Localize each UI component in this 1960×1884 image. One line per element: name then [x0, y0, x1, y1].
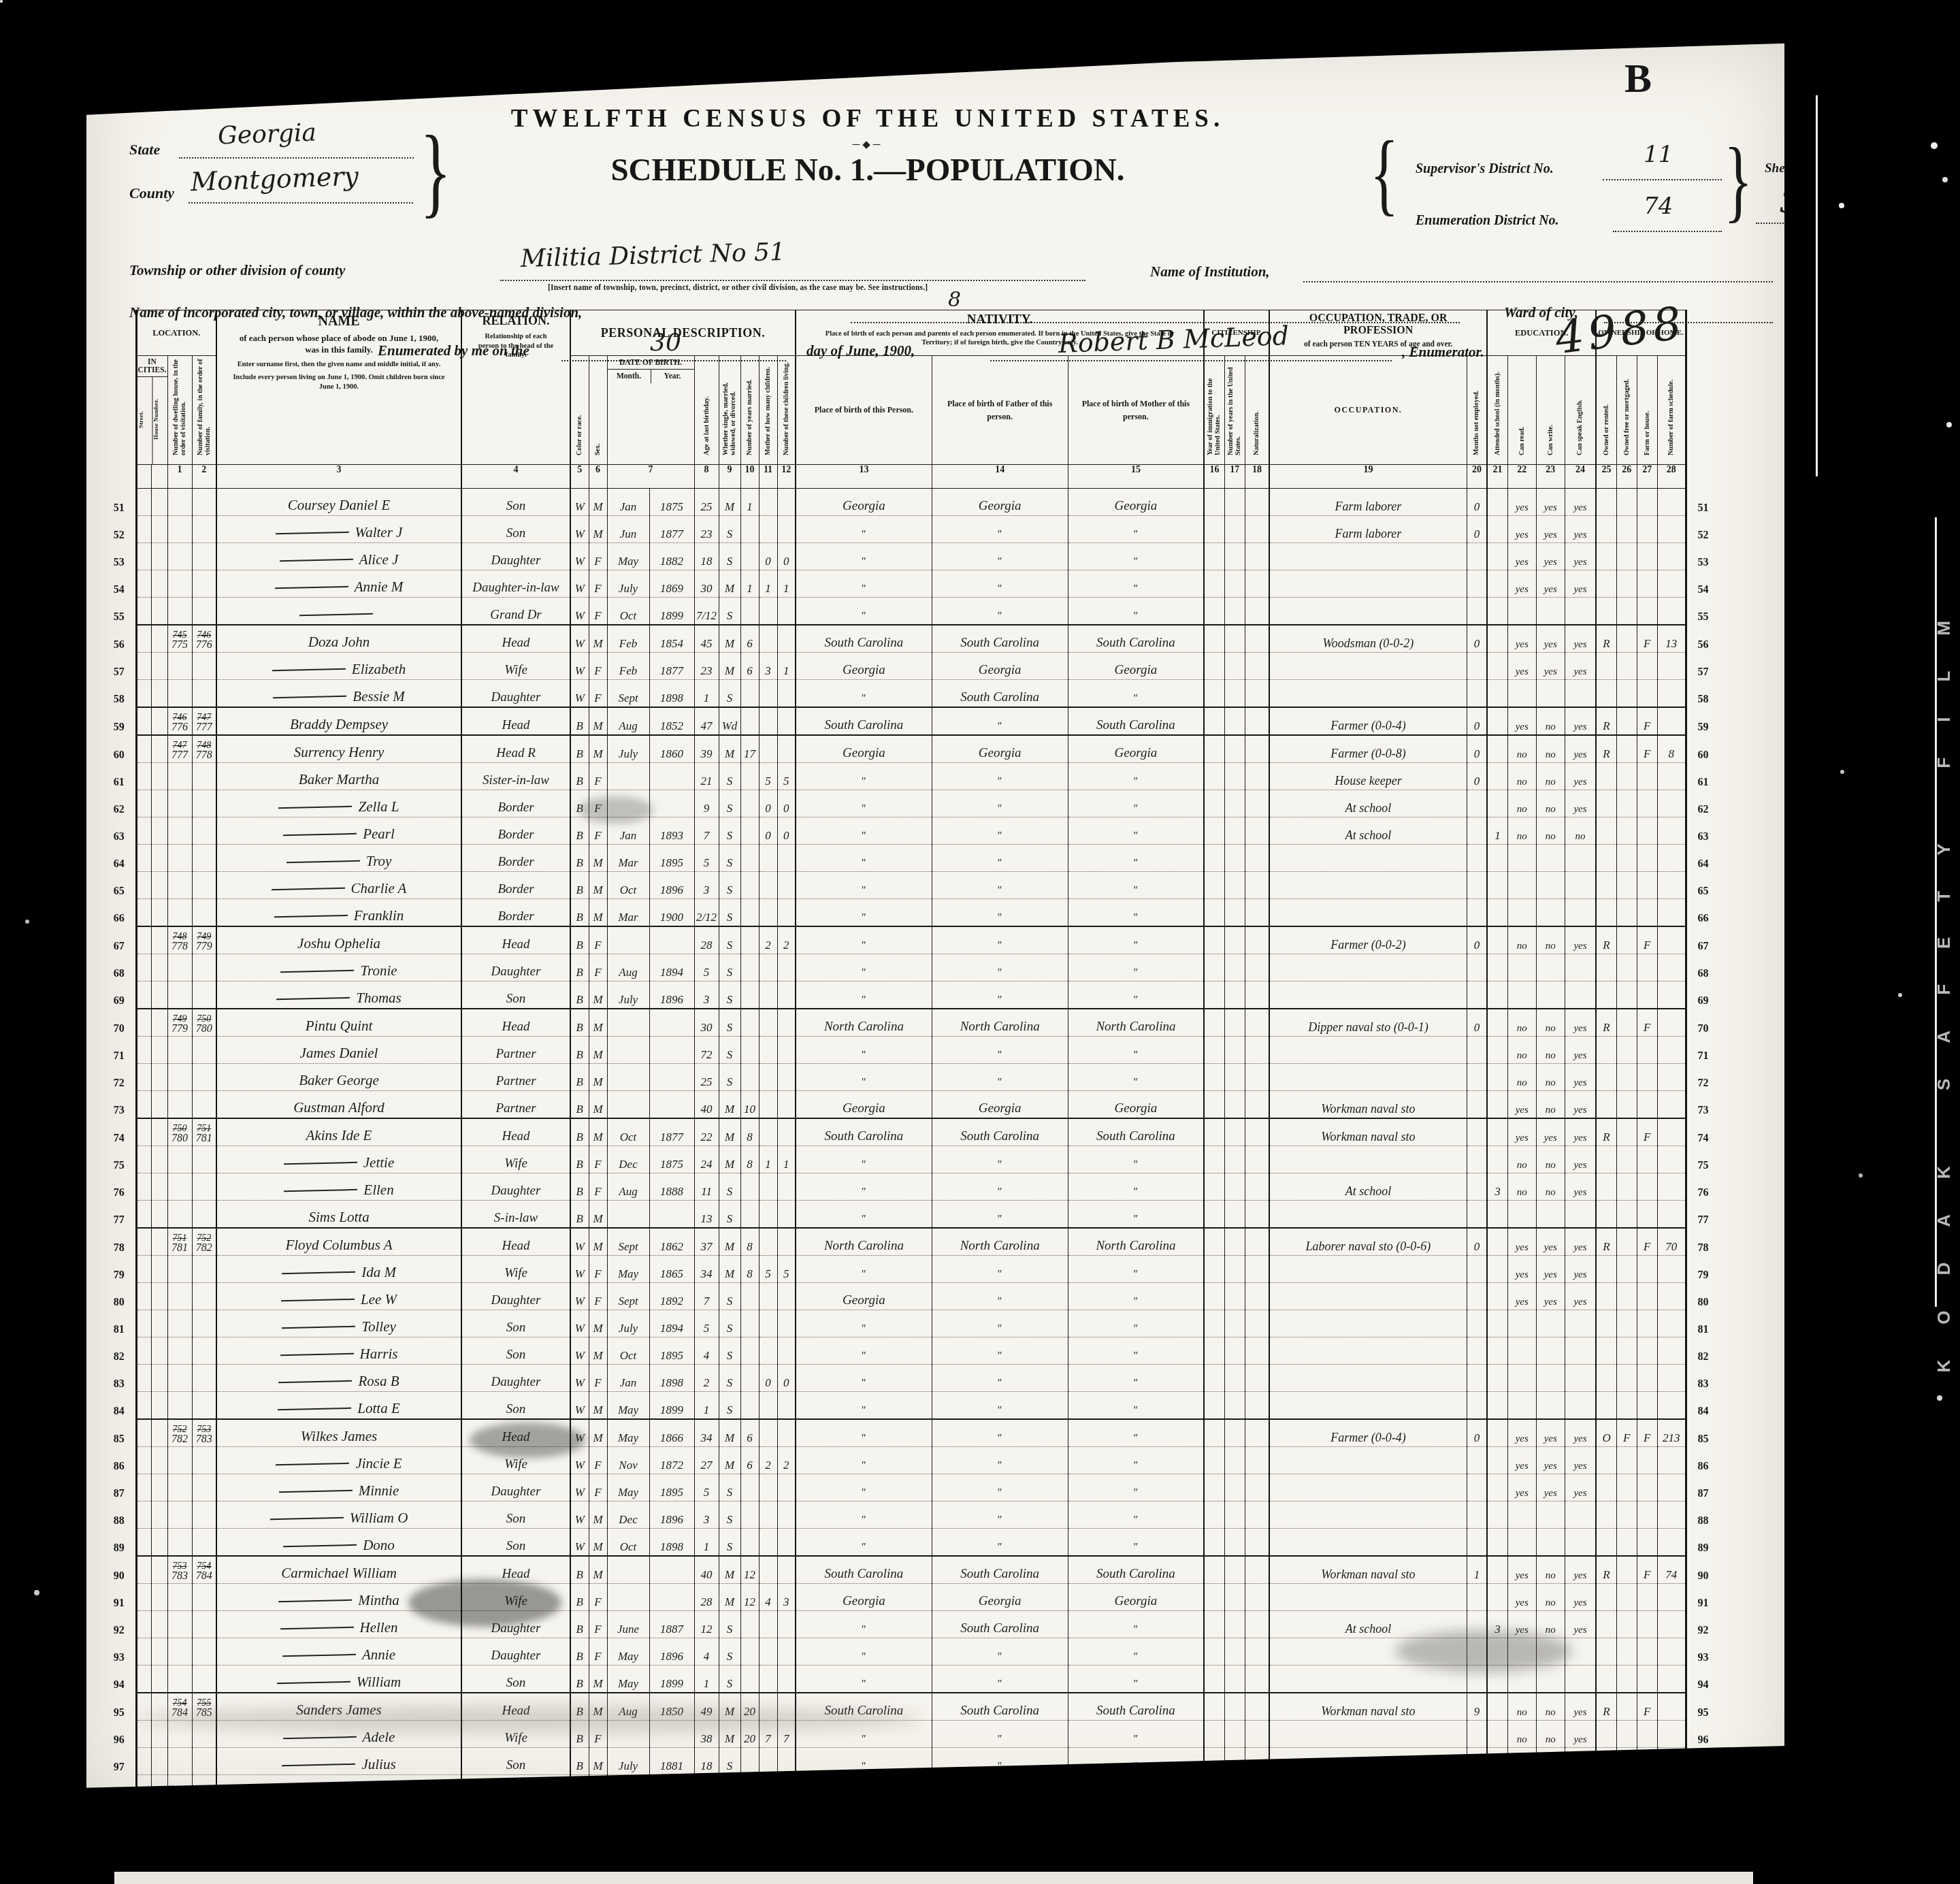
owned-free-mortgaged	[1616, 516, 1637, 543]
immigration-year	[1204, 845, 1224, 872]
color: B	[570, 817, 589, 845]
line-number: 78	[109, 1228, 136, 1256]
birthplace: ″	[796, 1419, 932, 1447]
enumeration-line	[1613, 231, 1722, 232]
line-number-right: 60	[1686, 735, 1713, 763]
can-read: no	[1507, 1064, 1536, 1091]
ink-smudge	[470, 1423, 585, 1458]
naturalization	[1245, 763, 1269, 790]
father-birthplace: ″	[932, 1037, 1068, 1064]
age: 21	[694, 763, 719, 790]
family-number	[192, 1474, 216, 1501]
farm-schedule	[1657, 1283, 1686, 1310]
mother-of-children: 5	[759, 1256, 777, 1283]
months-not-employed	[1467, 1091, 1487, 1119]
farm-schedule	[1657, 763, 1686, 790]
owned-free-mortgaged	[1616, 1556, 1637, 1584]
table-row: 66FranklinBorderBMMar19002/12S″″″66	[109, 899, 1713, 927]
sex: F	[589, 1638, 607, 1666]
table-row: 52Walter JSonWMJun187723S″″″Farm laborer…	[109, 516, 1713, 543]
street	[136, 570, 151, 598]
farm-house	[1637, 1310, 1657, 1337]
birthplace: South Carolina	[796, 1556, 932, 1584]
occupation	[1269, 954, 1467, 981]
family-number	[192, 981, 216, 1009]
father-birthplace: ″	[932, 707, 1068, 735]
street	[136, 1118, 151, 1146]
age: 3	[694, 1501, 719, 1529]
col-years-in-us: Number of years in the United States.	[1224, 356, 1245, 465]
can-write: yes	[1536, 1447, 1565, 1474]
birth-year: 1899	[649, 598, 694, 626]
can-write: no	[1536, 790, 1565, 817]
children-living	[777, 1419, 796, 1447]
years-in-us	[1224, 1638, 1245, 1666]
can-write	[1536, 1365, 1565, 1392]
street	[136, 1529, 151, 1557]
relation: Wife	[461, 653, 570, 680]
months-not-employed	[1467, 1118, 1487, 1146]
can-speak-english: yes	[1565, 1447, 1596, 1474]
relation: Daughter-in-law	[461, 570, 570, 598]
relation: Son	[461, 1392, 570, 1420]
months-not-employed	[1467, 1146, 1487, 1173]
owned-free-mortgaged	[1616, 707, 1637, 735]
mother-birthplace: ″	[1068, 516, 1204, 543]
relation: Grand Dr	[461, 598, 570, 626]
mother-of-children	[759, 1009, 777, 1037]
mother-birthplace: ″	[1068, 1529, 1204, 1557]
relation: Son	[461, 1529, 570, 1557]
name: Sims Lotta	[216, 1201, 461, 1229]
occupation	[1269, 1283, 1467, 1310]
farm-house	[1637, 543, 1657, 570]
house-number	[151, 1201, 167, 1229]
owned-free-mortgaged	[1616, 1173, 1637, 1201]
family-number: 749779	[192, 926, 216, 954]
name: Jincie E	[216, 1447, 461, 1474]
birthplace: ″	[796, 1611, 932, 1638]
film-edge-text: KODAK SAFETY FILM	[1933, 585, 1955, 1373]
sex: F	[589, 1365, 607, 1392]
township-note: [Insert name of township, town, precinct…	[548, 284, 928, 292]
family-number	[192, 1256, 216, 1283]
owned-free-mortgaged	[1616, 1118, 1637, 1146]
can-speak-english: yes	[1565, 1611, 1596, 1638]
farm-house	[1637, 1037, 1657, 1064]
house-number	[151, 1584, 167, 1611]
institution-label: Name of Institution,	[1150, 263, 1270, 280]
owned-free-mortgaged	[1616, 1447, 1637, 1474]
column-number: 27	[1637, 465, 1657, 489]
color: B	[570, 1666, 589, 1693]
mother-of-children	[759, 872, 777, 899]
owned-free-mortgaged	[1616, 1091, 1637, 1119]
immigration-year	[1204, 790, 1224, 817]
occupation	[1269, 1256, 1467, 1283]
state-label: State	[129, 141, 160, 159]
owned-free-mortgaged	[1616, 1611, 1637, 1638]
close-brace: }	[1724, 135, 1752, 228]
col-can-write: Can write.	[1536, 356, 1565, 465]
street	[136, 1584, 151, 1611]
mother-birthplace: Georgia	[1068, 1584, 1204, 1611]
column-number: 11	[759, 465, 777, 489]
children-living: 2	[777, 926, 796, 954]
dwelling-number	[167, 570, 192, 598]
sex: F	[589, 570, 607, 598]
line-number: 81	[109, 1310, 136, 1337]
census-scan: TWELFTH CENSUS OF THE UNITED STATES. ─◆─…	[0, 0, 1960, 1884]
marital-status: M	[719, 1118, 740, 1146]
years-married	[740, 598, 759, 626]
relation: Head	[461, 1118, 570, 1146]
mother-birthplace: ″	[1068, 1256, 1204, 1283]
years-married: 8	[740, 1256, 759, 1283]
col-father-birthplace: Place of birth of Father of this person.	[932, 356, 1068, 465]
school-months: 1	[1487, 817, 1507, 845]
age: 24	[694, 1146, 719, 1173]
birthplace: ″	[796, 1256, 932, 1283]
color: W	[570, 1256, 589, 1283]
birthplace: Georgia	[796, 1091, 932, 1119]
years-married	[740, 954, 759, 981]
line-number: 55	[109, 598, 136, 626]
sex: F	[589, 1256, 607, 1283]
dwelling-number: 750780	[167, 1118, 192, 1146]
school-months	[1487, 1419, 1507, 1447]
years-in-us	[1224, 543, 1245, 570]
mother-of-children	[759, 1638, 777, 1666]
line-number-right: 78	[1686, 1228, 1713, 1256]
can-read	[1507, 1501, 1536, 1529]
farm-house	[1637, 872, 1657, 899]
years-in-us	[1224, 1666, 1245, 1693]
birth-month: Jun	[607, 516, 649, 543]
dwelling-number	[167, 1529, 192, 1557]
group-ownership: OWNERSHIP OF HOME.	[1596, 310, 1686, 356]
school-months	[1487, 1064, 1507, 1091]
owned-rented	[1596, 899, 1616, 927]
farm-schedule	[1657, 680, 1686, 708]
years-married: 8	[740, 1118, 759, 1146]
birthplace: ″	[796, 954, 932, 981]
marital-status: S	[719, 1392, 740, 1420]
naturalization	[1245, 625, 1269, 653]
dwelling-number	[167, 1501, 192, 1529]
children-living	[777, 598, 796, 626]
dwelling-number	[167, 543, 192, 570]
street	[136, 1228, 151, 1256]
naturalization	[1245, 543, 1269, 570]
sex: M	[589, 1556, 607, 1584]
school-months	[1487, 1283, 1507, 1310]
years-married: 12	[740, 1584, 759, 1611]
name: Bessie M	[216, 680, 461, 708]
birth-month: Sept	[607, 1228, 649, 1256]
birthplace: Georgia	[796, 653, 932, 680]
farm-schedule	[1657, 1638, 1686, 1666]
father-birthplace: ″	[932, 1337, 1068, 1365]
relation: Partner	[461, 1091, 570, 1119]
birthplace: ″	[796, 1501, 932, 1529]
mother-birthplace: ″	[1068, 981, 1204, 1009]
years-in-us	[1224, 899, 1245, 927]
father-birthplace: Georgia	[932, 1091, 1068, 1119]
owned-free-mortgaged	[1616, 489, 1637, 516]
street	[136, 1173, 151, 1201]
school-months	[1487, 1584, 1507, 1611]
years-in-us	[1224, 570, 1245, 598]
dwelling-number	[167, 680, 192, 708]
name: Elizabeth	[216, 653, 461, 680]
birthplace: ″	[796, 1666, 932, 1693]
naturalization	[1245, 1447, 1269, 1474]
family-number	[192, 570, 216, 598]
birth-month: Oct	[607, 872, 649, 899]
birth-month: May	[607, 1419, 649, 1447]
occupation	[1269, 1201, 1467, 1229]
naturalization	[1245, 926, 1269, 954]
house-number	[151, 981, 167, 1009]
mother-birthplace: ″	[1068, 899, 1204, 927]
occupation: Workman naval sto	[1269, 1118, 1467, 1146]
column-number: 2	[192, 465, 216, 489]
relation: Daughter	[461, 1474, 570, 1501]
can-write	[1536, 1501, 1565, 1529]
birth-year: 1898	[649, 1365, 694, 1392]
children-living: 0	[777, 817, 796, 845]
owned-free-mortgaged	[1616, 1392, 1637, 1420]
birthplace: ″	[796, 845, 932, 872]
years-in-us	[1224, 1009, 1245, 1037]
mother-of-children	[759, 1501, 777, 1529]
owned-rented	[1596, 1611, 1616, 1638]
col-can-speak-english: Can speak English.	[1565, 356, 1596, 465]
house-number	[151, 899, 167, 927]
line-number-right: 58	[1686, 680, 1713, 708]
column-number: 13	[796, 465, 932, 489]
birth-month: Aug	[607, 707, 649, 735]
years-married	[740, 1474, 759, 1501]
occupation: Dipper naval sto (0-0-1)	[1269, 1009, 1467, 1037]
owned-free-mortgaged	[1616, 680, 1637, 708]
occupation	[1269, 1474, 1467, 1501]
family-number	[192, 680, 216, 708]
table-row: 61Baker MarthaSister-in-lawBF21S55″″″Hou…	[109, 763, 1713, 790]
birth-year: 1899	[649, 1666, 694, 1693]
naturalization	[1245, 1037, 1269, 1064]
naturalization	[1245, 735, 1269, 763]
farm-schedule	[1657, 1666, 1686, 1693]
farm-house	[1637, 790, 1657, 817]
can-read: yes	[1507, 1283, 1536, 1310]
table-row: 86Jincie EWifeWFNov187227M622″″″yesyesye…	[109, 1447, 1713, 1474]
col-mother-of: Mother of how many children.	[759, 356, 777, 465]
marital-status: M	[719, 1091, 740, 1119]
age: 39	[694, 735, 719, 763]
house-number	[151, 598, 167, 626]
mother-of-children: 1	[759, 1146, 777, 1173]
street	[136, 1392, 151, 1420]
naturalization	[1245, 1611, 1269, 1638]
children-living	[777, 735, 796, 763]
col-farm-house: Farm or house.	[1637, 356, 1657, 465]
months-not-employed	[1467, 653, 1487, 680]
group-location: LOCATION.	[136, 310, 216, 356]
name: Rosa B	[216, 1365, 461, 1392]
mother-of-children	[759, 845, 777, 872]
immigration-year	[1204, 1337, 1224, 1365]
years-married: 17	[740, 735, 759, 763]
birth-year: 1860	[649, 735, 694, 763]
line-number: 61	[109, 763, 136, 790]
naturalization	[1245, 598, 1269, 626]
line-number-right: 87	[1686, 1474, 1713, 1501]
table-row: 83Rosa BDaughterWFJan18982S00″″″83	[109, 1365, 1713, 1392]
birth-year	[649, 790, 694, 817]
owned-free-mortgaged	[1616, 598, 1637, 626]
months-not-employed: 0	[1467, 516, 1487, 543]
father-birthplace: ″	[932, 1146, 1068, 1173]
farm-house	[1637, 817, 1657, 845]
birth-year	[649, 1556, 694, 1584]
occupation	[1269, 899, 1467, 927]
can-write: yes	[1536, 516, 1565, 543]
house-number	[151, 1118, 167, 1146]
marital-status: M	[719, 1584, 740, 1611]
years-married: 6	[740, 625, 759, 653]
naturalization	[1245, 1584, 1269, 1611]
immigration-year	[1204, 954, 1224, 981]
age: 7	[694, 1283, 719, 1310]
relation: Daughter	[461, 1173, 570, 1201]
immigration-year	[1204, 1556, 1224, 1584]
col-farm-schedule: Number of farm schedule.	[1657, 356, 1686, 465]
house-number	[151, 625, 167, 653]
birth-year: 1852	[649, 707, 694, 735]
age: 18	[694, 543, 719, 570]
dwelling-number	[167, 1173, 192, 1201]
farm-house	[1637, 1666, 1657, 1693]
can-write: yes	[1536, 543, 1565, 570]
line-number: 90	[109, 1556, 136, 1584]
mother-birthplace: ″	[1068, 1201, 1204, 1229]
table-row: 65Charlie ABorderBMOct18963S″″″65	[109, 872, 1713, 899]
occupation	[1269, 1310, 1467, 1337]
children-living	[777, 1228, 796, 1256]
age: 7	[694, 817, 719, 845]
years-in-us	[1224, 1037, 1245, 1064]
occupation	[1269, 872, 1467, 899]
birth-year: 1866	[649, 1419, 694, 1447]
can-speak-english	[1565, 1666, 1596, 1693]
name: Julius	[216, 1748, 461, 1775]
school-months	[1487, 1447, 1507, 1474]
owned-rented	[1596, 1037, 1616, 1064]
owned-rented	[1596, 489, 1616, 516]
can-write: no	[1536, 817, 1565, 845]
years-married	[740, 1392, 759, 1420]
marital-status: S	[719, 981, 740, 1009]
father-birthplace: ″	[932, 763, 1068, 790]
age: 5	[694, 1474, 719, 1501]
sex: F	[589, 1584, 607, 1611]
color: W	[570, 1310, 589, 1337]
can-write	[1536, 1666, 1565, 1693]
years-married	[740, 1501, 759, 1529]
owned-free-mortgaged	[1616, 653, 1637, 680]
occupation: Workman naval sto	[1269, 1556, 1467, 1584]
mother-of-children	[759, 1748, 777, 1775]
line-number: 66	[109, 899, 136, 927]
line-number: 54	[109, 570, 136, 598]
house-number	[151, 1228, 167, 1256]
name: Lotta E	[216, 1392, 461, 1420]
farm-house	[1637, 1064, 1657, 1091]
immigration-year	[1204, 516, 1224, 543]
table-row: 69ThomasSonBMJuly18963S″″″69	[109, 981, 1713, 1009]
mother-of-children	[759, 1337, 777, 1365]
family-number: 746776	[192, 625, 216, 653]
occupation	[1269, 1501, 1467, 1529]
children-living	[777, 1337, 796, 1365]
birth-month: Jan	[607, 1365, 649, 1392]
father-birthplace: ″	[932, 1256, 1068, 1283]
color: B	[570, 899, 589, 927]
county-label: County	[129, 184, 174, 202]
table-row: 60747777748778Surrency HenryHead RBMJuly…	[109, 735, 1713, 763]
sex: M	[589, 872, 607, 899]
school-months	[1487, 707, 1507, 735]
can-read: yes	[1507, 1556, 1536, 1584]
color: W	[570, 1283, 589, 1310]
can-read: no	[1507, 1009, 1536, 1037]
owned-rented	[1596, 1256, 1616, 1283]
birthplace: Georgia	[796, 735, 932, 763]
can-write: yes	[1536, 625, 1565, 653]
school-months	[1487, 763, 1507, 790]
can-speak-english	[1565, 1310, 1596, 1337]
house-number	[151, 1365, 167, 1392]
birth-year: 1896	[649, 1501, 694, 1529]
name: Carmichael William	[216, 1556, 461, 1584]
occupation	[1269, 1146, 1467, 1173]
can-speak-english	[1565, 680, 1596, 708]
birth-month: May	[607, 543, 649, 570]
color: W	[570, 1228, 589, 1256]
immigration-year	[1204, 1228, 1224, 1256]
sex: M	[589, 707, 607, 735]
column-number: 8	[694, 465, 719, 489]
months-not-employed	[1467, 1310, 1487, 1337]
owned-rented: R	[1596, 1118, 1616, 1146]
naturalization	[1245, 1310, 1269, 1337]
can-speak-english: yes	[1565, 543, 1596, 570]
can-write: no	[1536, 707, 1565, 735]
line-number: 60	[109, 735, 136, 763]
farm-schedule	[1657, 817, 1686, 845]
name: Joshu Ophelia	[216, 926, 461, 954]
mother-of-children: 0	[759, 817, 777, 845]
immigration-year	[1204, 1474, 1224, 1501]
farm-house: F	[1637, 735, 1657, 763]
naturalization	[1245, 653, 1269, 680]
birth-month: Dec	[607, 1146, 649, 1173]
color: W	[570, 489, 589, 516]
years-in-us	[1224, 489, 1245, 516]
page-title: TWELFTH CENSUS OF THE UNITED STATES.	[85, 104, 1650, 133]
